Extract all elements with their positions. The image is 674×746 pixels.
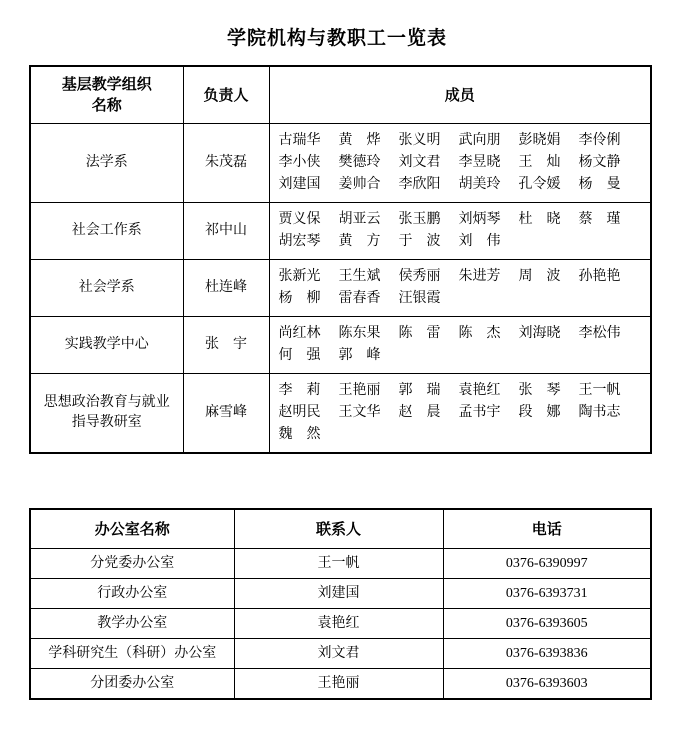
org-head: 麻雪峰 <box>183 374 269 454</box>
table-row: 社会工作系 祁中山 贾义保胡亚云张玉鹏刘炳琴杜 晓蔡 瑾胡宏琴黄 方于 波刘 伟 <box>30 203 651 260</box>
member-name: 杜 晓 <box>519 209 561 231</box>
members-list: 张新光王生斌侯秀丽朱进芳周 波孙艳艳杨 柳雷春香汪银霞 <box>270 260 651 316</box>
table-row: 分团委办公室 王艳丽 0376-6393603 <box>30 669 651 700</box>
table-row: 法学系 朱茂磊 古瑞华黄 烨张义明武向朋彭晓娟李伶俐李小侠樊德玲刘文君李昱晓王 … <box>30 124 651 203</box>
member-name: 魏 然 <box>279 424 321 446</box>
office-name: 学科研究生（科研）办公室 <box>30 639 234 669</box>
office-contact: 袁艳红 <box>234 609 443 639</box>
member-name: 李昱晓 <box>459 152 501 174</box>
member-name: 郭 峰 <box>339 345 381 367</box>
member-name: 陈东果 <box>339 323 381 345</box>
org-members-cell: 张新光王生斌侯秀丽朱进芳周 波孙艳艳杨 柳雷春香汪银霞 <box>269 260 651 317</box>
org-head: 朱茂磊 <box>183 124 269 203</box>
member-name: 王 灿 <box>519 152 561 174</box>
org-head: 张 宇 <box>183 317 269 374</box>
org-table-header-name: 基层教学组织 名称 <box>30 66 183 124</box>
org-name: 法学系 <box>30 124 183 203</box>
org-staff-table: 基层教学组织 名称 负责人 成员 法学系 朱茂磊 古瑞华黄 烨张义明武向朋彭晓娟… <box>29 65 652 454</box>
member-name: 段 娜 <box>519 402 561 424</box>
org-table-header-row: 基层教学组织 名称 负责人 成员 <box>30 66 651 124</box>
member-name: 何 强 <box>279 345 321 367</box>
member-name: 杨 柳 <box>279 288 321 310</box>
org-members-cell: 贾义保胡亚云张玉鹏刘炳琴杜 晓蔡 瑾胡宏琴黄 方于 波刘 伟 <box>269 203 651 260</box>
member-name: 武向朋 <box>459 130 501 152</box>
member-name: 古瑞华 <box>279 130 321 152</box>
office-phone: 0376-6393731 <box>443 579 651 609</box>
member-name: 张新光 <box>279 266 321 288</box>
member-name: 张义明 <box>399 130 441 152</box>
member-name: 张 琴 <box>519 380 561 402</box>
office-contact: 刘建国 <box>234 579 443 609</box>
member-name: 刘文君 <box>399 152 441 174</box>
table-row: 行政办公室 刘建国 0376-6393731 <box>30 579 651 609</box>
member-name: 李欣阳 <box>399 174 441 196</box>
office-phone: 0376-6390997 <box>443 549 651 579</box>
member-name: 袁艳红 <box>459 380 501 402</box>
members-list: 贾义保胡亚云张玉鹏刘炳琴杜 晓蔡 瑾胡宏琴黄 方于 波刘 伟 <box>270 203 651 259</box>
member-name: 陈 杰 <box>459 323 501 345</box>
member-name: 杨 曼 <box>579 174 621 196</box>
office-contact-table: 办公室名称 联系人 电话 分党委办公室 王一帆 0376-6390997 行政办… <box>29 508 652 700</box>
org-head: 杜连峰 <box>183 260 269 317</box>
member-name: 周 波 <box>519 266 561 288</box>
member-name: 胡亚云 <box>339 209 381 231</box>
office-name: 行政办公室 <box>30 579 234 609</box>
office-name: 分党委办公室 <box>30 549 234 579</box>
member-name: 张玉鹏 <box>399 209 441 231</box>
org-name: 社会学系 <box>30 260 183 317</box>
table-row: 教学办公室 袁艳红 0376-6393605 <box>30 609 651 639</box>
member-name: 刘海晓 <box>519 323 561 345</box>
members-list: 尚红林陈东果陈 雷陈 杰刘海晓李松伟何 强郭 峰 <box>270 317 651 373</box>
member-name: 李伶俐 <box>579 130 621 152</box>
member-name: 于 波 <box>399 231 441 253</box>
table-row: 学科研究生（科研）办公室 刘文君 0376-6393836 <box>30 639 651 669</box>
page-title: 学院机构与教职工一览表 <box>0 0 674 50</box>
org-head: 祁中山 <box>183 203 269 260</box>
member-name: 胡美玲 <box>459 174 501 196</box>
org-members-cell: 李 莉王艳丽郭 瑞袁艳红张 琴王一帆赵明民王文华赵 晨孟书宇段 娜陶书志魏 然 <box>269 374 651 454</box>
member-name: 孟书宇 <box>459 402 501 424</box>
member-name: 雷春香 <box>339 288 381 310</box>
member-name: 王艳丽 <box>339 380 381 402</box>
office-table-header-office: 办公室名称 <box>30 509 234 549</box>
member-name: 贾义保 <box>279 209 321 231</box>
member-name: 樊德玲 <box>339 152 381 174</box>
member-name: 陈 雷 <box>399 323 441 345</box>
member-name: 孙艳艳 <box>579 266 621 288</box>
org-table-header-members: 成员 <box>269 66 651 124</box>
office-table-header-contact: 联系人 <box>234 509 443 549</box>
member-name: 李 莉 <box>279 380 321 402</box>
document-page: 学院机构与教职工一览表 基层教学组织 名称 负责人 成员 法学系 朱茂磊 古瑞华… <box>0 0 674 746</box>
member-name: 陶书志 <box>579 402 621 424</box>
office-contact: 王一帆 <box>234 549 443 579</box>
members-list: 古瑞华黄 烨张义明武向朋彭晓娟李伶俐李小侠樊德玲刘文君李昱晓王 灿杨文静刘建国姜… <box>270 124 651 202</box>
org-name: 思想政治教育与就业 指导教研室 <box>30 374 183 454</box>
member-name: 王生斌 <box>339 266 381 288</box>
member-name: 李小侠 <box>279 152 321 174</box>
office-phone: 0376-6393603 <box>443 669 651 700</box>
org-members-cell: 尚红林陈东果陈 雷陈 杰刘海晓李松伟何 强郭 峰 <box>269 317 651 374</box>
member-name: 黄 烨 <box>339 130 381 152</box>
member-name: 杨文静 <box>579 152 621 174</box>
member-name: 刘炳琴 <box>459 209 501 231</box>
office-phone: 0376-6393605 <box>443 609 651 639</box>
org-name: 实践教学中心 <box>30 317 183 374</box>
org-name: 社会工作系 <box>30 203 183 260</box>
member-name: 王文华 <box>339 402 381 424</box>
office-contact: 王艳丽 <box>234 669 443 700</box>
member-name: 侯秀丽 <box>399 266 441 288</box>
member-name: 姜帅合 <box>339 174 381 196</box>
office-name: 分团委办公室 <box>30 669 234 700</box>
org-table-header-head: 负责人 <box>183 66 269 124</box>
members-list: 李 莉王艳丽郭 瑞袁艳红张 琴王一帆赵明民王文华赵 晨孟书宇段 娜陶书志魏 然 <box>270 374 651 452</box>
member-name: 王一帆 <box>579 380 621 402</box>
table-row: 思想政治教育与就业 指导教研室 麻雪峰 李 莉王艳丽郭 瑞袁艳红张 琴王一帆赵明… <box>30 374 651 454</box>
org-members-cell: 古瑞华黄 烨张义明武向朋彭晓娟李伶俐李小侠樊德玲刘文君李昱晓王 灿杨文静刘建国姜… <box>269 124 651 203</box>
member-name: 胡宏琴 <box>279 231 321 253</box>
member-name: 郭 瑞 <box>399 380 441 402</box>
member-name: 李松伟 <box>579 323 621 345</box>
office-contact: 刘文君 <box>234 639 443 669</box>
member-name: 彭晓娟 <box>519 130 561 152</box>
member-name: 黄 方 <box>339 231 381 253</box>
table-row: 社会学系 杜连峰 张新光王生斌侯秀丽朱进芳周 波孙艳艳杨 柳雷春香汪银霞 <box>30 260 651 317</box>
table-row: 分党委办公室 王一帆 0376-6390997 <box>30 549 651 579</box>
member-name: 汪银霞 <box>399 288 441 310</box>
table-row: 实践教学中心 张 宇 尚红林陈东果陈 雷陈 杰刘海晓李松伟何 强郭 峰 <box>30 317 651 374</box>
member-name: 孔令媛 <box>519 174 561 196</box>
office-table-header-row: 办公室名称 联系人 电话 <box>30 509 651 549</box>
member-name: 刘 伟 <box>459 231 501 253</box>
member-name: 刘建国 <box>279 174 321 196</box>
office-name: 教学办公室 <box>30 609 234 639</box>
member-name: 赵明民 <box>279 402 321 424</box>
office-phone: 0376-6393836 <box>443 639 651 669</box>
member-name: 蔡 瑾 <box>579 209 621 231</box>
member-name: 朱进芳 <box>459 266 501 288</box>
member-name: 尚红林 <box>279 323 321 345</box>
office-table-header-phone: 电话 <box>443 509 651 549</box>
member-name: 赵 晨 <box>399 402 441 424</box>
